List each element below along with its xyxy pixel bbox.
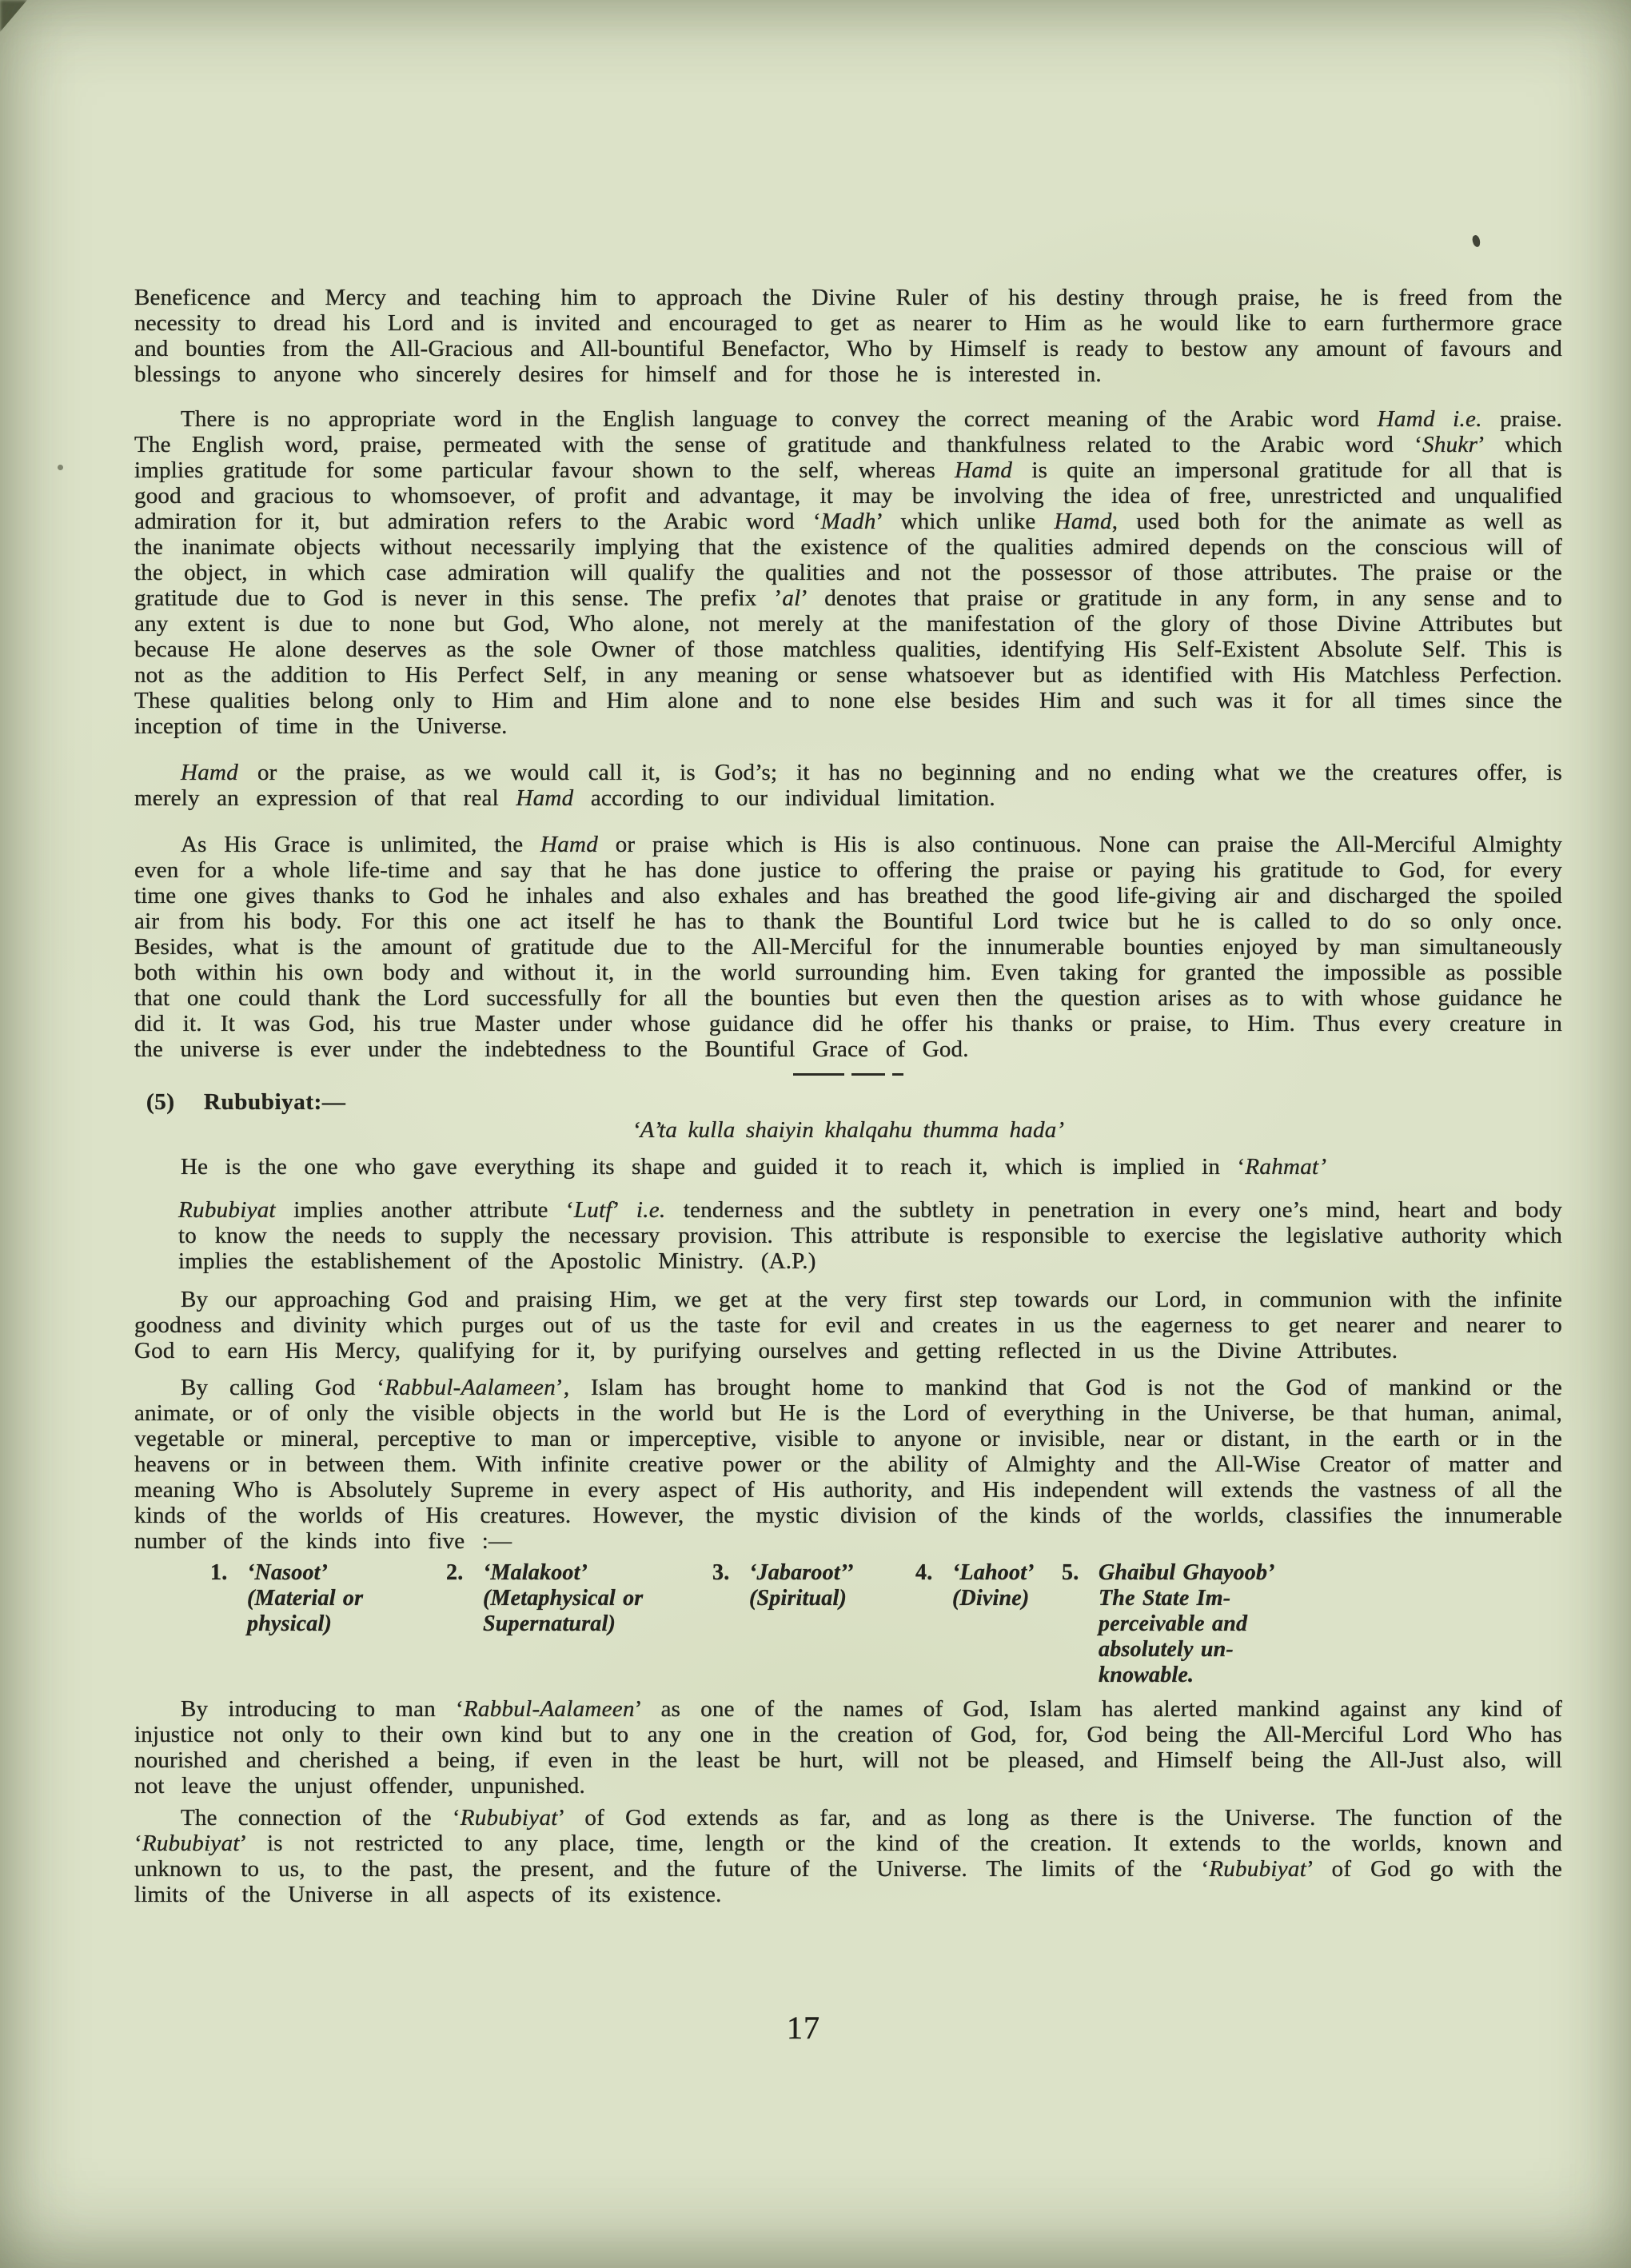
list-item-name: ‘Jabaroot’’ [749, 1560, 854, 1585]
list-item-description: The State Im- perceivable and absolutely… [1099, 1586, 1247, 1687]
paragraph-connection-of-rububiyat: The connection of the ‘Rububiyat’ of God… [134, 1805, 1562, 1907]
list-item-jabaroot: 3. ‘Jabaroot’’ (Spiritual) [712, 1560, 854, 1611]
separator-dash [793, 1073, 844, 1076]
paragraph-rububiyat-implies-lutf: Rububiyat implies another attribute ‘Lut… [178, 1197, 1562, 1274]
paragraph-his-grace-unlimited: As His Grace is unlimited, the Hamd or p… [134, 832, 1562, 1062]
paragraph-by-introducing: By introducing to man ‘Rabbul-Aalameen’ … [134, 1696, 1562, 1799]
list-item-description: (Material or physical) [247, 1586, 363, 1636]
five-worlds-list: 1. ‘Nasoot’ (Material or physical) 2. ‘M… [134, 1560, 1562, 1690]
list-item-name: ‘Nasoot’ [247, 1560, 328, 1585]
section-separator-rule [793, 1073, 903, 1076]
list-item-description: (Metaphysical or Supernatural) [483, 1586, 643, 1636]
list-item-lahoot: 4. ‘Lahoot’ (Divine) [915, 1560, 1035, 1611]
page-number: 17 [0, 2010, 1607, 2046]
section-heading-rububiyat: (5)Rububiyat:— [134, 1088, 1562, 1116]
list-item-number: 2. [446, 1560, 483, 1637]
list-item-description: (Divine) [952, 1586, 1029, 1611]
separator-dash [851, 1073, 885, 1076]
separator-dash [892, 1073, 903, 1076]
scanned-book-page: Beneficence and Mercy and teaching him t… [0, 0, 1631, 2268]
paragraph-beneficence-continuation: Beneficence and Mercy and teaching him t… [134, 285, 1562, 387]
section-number: (5) [146, 1088, 204, 1116]
list-item-nasoot: 1. ‘Nasoot’ (Material or physical) [210, 1560, 363, 1637]
list-item-name: Ghaibul Ghayoob’ [1099, 1560, 1275, 1585]
list-item-malakoot: 2. ‘Malakoot’ (Metaphysical or Supernatu… [446, 1560, 643, 1637]
paragraph-hamd-is-gods: Hamd or the praise, as we would call it,… [134, 760, 1562, 811]
ink-fleck [1471, 234, 1481, 248]
list-item-number: 1. [210, 1560, 247, 1637]
list-item-number: 4. [915, 1560, 952, 1611]
list-item-number: 3. [712, 1560, 749, 1611]
ink-dot [58, 465, 63, 470]
list-item-name: ‘Malakoot’ [483, 1560, 588, 1585]
paragraph-no-appropriate-word: There is no appropriate word in the Engl… [134, 406, 1562, 739]
text-column: Beneficence and Mercy and teaching him t… [134, 285, 1562, 1907]
paragraph-he-gave-everything-shape: He is the one who gave everything its sh… [134, 1154, 1562, 1180]
section-title: Rububiyat:— [204, 1089, 345, 1115]
paragraph-by-calling-god: By calling God ‘Rabbul-Aalameen’, Islam … [134, 1375, 1562, 1554]
list-item-ghaibul-ghayoob: 5. Ghaibul Ghayoob’ The State Im- percei… [1062, 1560, 1275, 1688]
list-item-number: 5. [1062, 1560, 1099, 1688]
paragraph-by-our-approaching: By our approaching God and praising Him,… [134, 1287, 1562, 1364]
arabic-transliteration-quote: ‘A’ta kulla shaiyin khalqahu thumma hada… [134, 1117, 1562, 1143]
list-item-description: (Spiritual) [749, 1586, 847, 1611]
page-corner-stain [0, 0, 27, 32]
list-item-name: ‘Lahoot’ [952, 1560, 1035, 1585]
